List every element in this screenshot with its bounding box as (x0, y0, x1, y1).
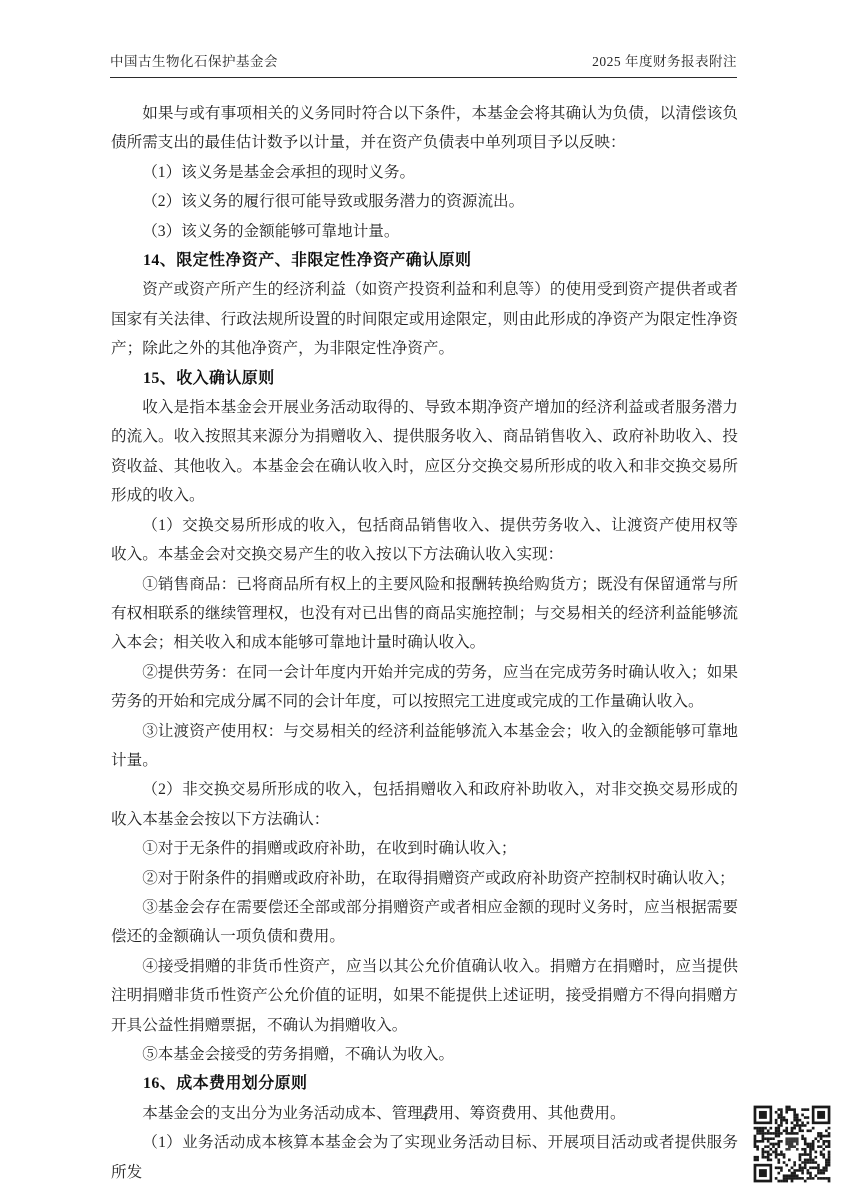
header-org-name: 中国古生物化石保护基金会 (110, 50, 278, 70)
qr-code-canvas (751, 1103, 833, 1185)
document-body: 如果与或有事项相关的义务同时符合以下条件，本基金会将其确认为负债，以清偿该负债所… (111, 99, 738, 1187)
paragraph: ③基金会存在需要偿还全部或部分捐赠资产或者相应金额的现时义务时，应当根据需要偿还… (111, 893, 738, 952)
section-heading: 15、收入确认原则 (111, 364, 738, 393)
paragraph: 如果与或有事项相关的义务同时符合以下条件，本基金会将其确认为负债，以清偿该负债所… (111, 99, 738, 158)
paragraph: 收入是指本基金会开展业务活动取得的、导致本期净资产增加的经济利益或者服务潜力的流… (111, 393, 738, 511)
page-header: 中国古生物化石保护基金会 2025 年度财务报表附注 (110, 50, 737, 78)
qr-code (751, 1103, 833, 1185)
section-heading: 16、成本费用划分原则 (111, 1069, 738, 1098)
paragraph: （3）该义务的金额能够可靠地计量。 (111, 217, 738, 246)
paragraph: ②提供劳务：在同一会计年度内开始并完成的劳务，应当在完成劳务时确认收入；如果劳务… (111, 658, 738, 717)
paragraph: ①销售商品：已将商品所有权上的主要风险和报酬转换给购货方；既没有保留通常与所有权… (111, 570, 738, 658)
header-doc-title: 2025 年度财务报表附注 (592, 50, 737, 70)
paragraph: （2）该义务的履行很可能导致或服务潜力的资源流出。 (111, 187, 738, 216)
paragraph: （2）非交换交易所形成的收入，包括捐赠收入和政府补助收入，对非交换交易形成的收入… (111, 775, 738, 834)
paragraph: （1）该义务是基金会承担的现时义务。 (111, 158, 738, 187)
paragraph: （1）业务活动成本核算本基金会为了实现业务活动目标、开展项目活动或者提供服务所发 (111, 1128, 738, 1187)
paragraph: ⑤本基金会接受的劳务捐赠，不确认为收入。 (111, 1040, 738, 1069)
page-number: 4 (0, 1110, 848, 1126)
paragraph: ④接受捐赠的非货币性资产，应当以其公允价值确认收入。捐赠方在捐赠时，应当提供注明… (111, 952, 738, 1040)
paragraph: ①对于无条件的捐赠或政府补助，在收到时确认收入； (111, 834, 738, 863)
section-heading: 14、限定性净资产、非限定性净资产确认原则 (111, 246, 738, 275)
document-page: 中国古生物化石保护基金会 2025 年度财务报表附注 如果与或有事项相关的义务同… (0, 0, 848, 1200)
paragraph: ②对于附条件的捐赠或政府补助，在取得捐赠资产或政府补助资产控制权时确认收入； (111, 864, 738, 893)
paragraph: 资产或资产所产生的经济利益（如资产投资利益和利息等）的使用受到资产提供者或者国家… (111, 275, 738, 363)
paragraph: ③让渡资产使用权：与交易相关的经济利益能够流入本基金会；收入的金额能够可靠地计量… (111, 717, 738, 776)
paragraph: （1）交换交易所形成的收入，包括商品销售收入、提供劳务收入、让渡资产使用权等收入… (111, 511, 738, 570)
